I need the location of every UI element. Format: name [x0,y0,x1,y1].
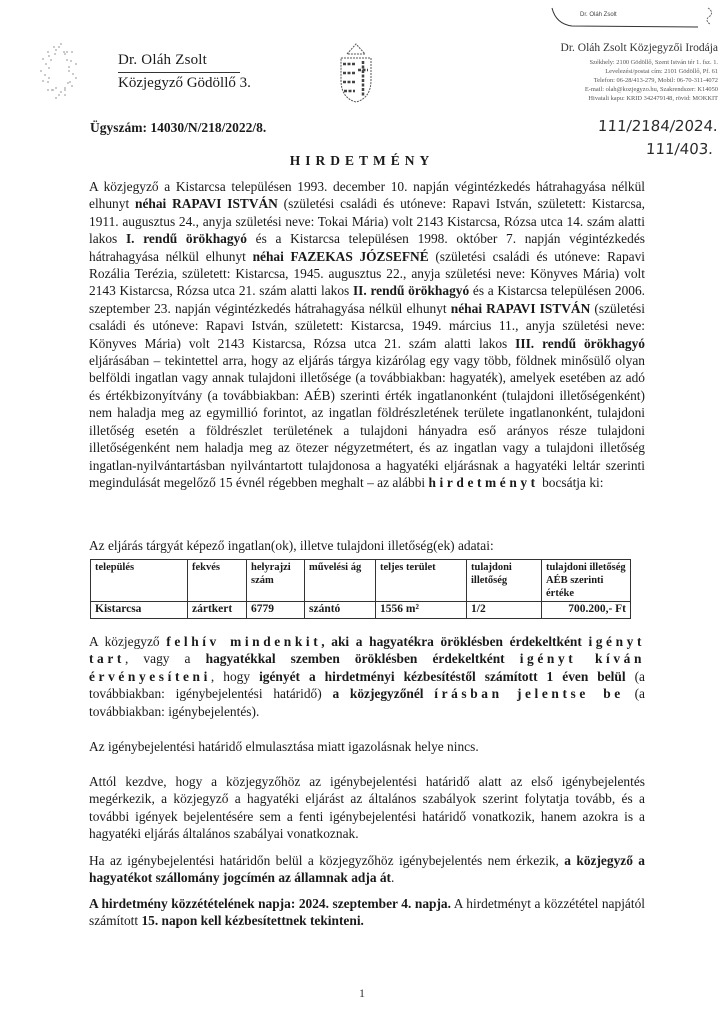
office-address: Székhely: 2100 Gödöllő, Szent István tér… [490,58,718,67]
handwritten-registration-number: 111/2184/2024. [597,117,718,135]
col-header: település [91,560,188,602]
faded-seal-mark [40,40,80,110]
publication-paragraph: A hirdetmény közzétételének napja: 2024.… [89,895,645,930]
header-divider [118,72,240,73]
state-transfer-paragraph: Ha az igénybejelentési határidőn belül a… [89,852,645,887]
office-name: Dr. Oláh Zsolt Közjegyzői Irodája [508,42,718,54]
continuation-paragraph: Attól kezdve, hogy a közjegyzőhöz az igé… [89,773,645,843]
case-number: Ügyszám: 14030/N/218/2022/8. [90,120,266,136]
col-header: teljes terület [376,560,467,602]
cell-share: 1/2 [467,602,542,619]
hungarian-coat-of-arms-icon [333,40,379,104]
table-header-row: település fekvés helyrajzi szám művelési… [91,560,631,602]
col-header: tulajdoni illetőség AÉB szerinti értéke [542,560,631,602]
cell-area: 1556 m² [376,602,467,619]
stamp-signature-mark [548,6,720,34]
cell-value: 700.200,- Ft [542,602,631,619]
office-postal: Levelezési/postai cím: 2101 Gödöllő, Pf.… [490,67,718,76]
col-header: tulajdoni illetőség [467,560,542,602]
document-title: HIRDETMÉNY [0,153,724,169]
intro-paragraph: A közjegyző a Kistarcsa településen 1993… [89,178,645,491]
office-phone: Telefon: 06-28/413-279, Mobil: 06-70-311… [490,76,718,85]
col-header: helyrajzi szám [247,560,305,602]
stamp-label: Dr. Oláh Zsolt [580,12,617,18]
cell-settlement: Kistarcsa [91,602,188,619]
page-number: 1 [0,986,724,1001]
notary-office: Közjegyző Gödöllő 3. [118,75,251,92]
table-intro: Az eljárás tárgyát képező ingatlan(ok), … [89,537,645,554]
col-header: fekvés [188,560,247,602]
cell-location: zártkert [188,602,247,619]
notary-name: Dr. Oláh Zsolt [118,52,207,69]
table-row: Kistarcsa zártkert 6779 szántó 1556 m² 1… [91,602,631,619]
cell-cultivation: szántó [305,602,376,619]
call-paragraph: A közjegyző felhív mindenkit, aki a hagy… [89,633,645,720]
cell-parcel-number: 6779 [247,602,305,619]
office-gateway: Hivatali kapu: KRID 342479148, rövid: MO… [490,94,718,103]
no-excuse-paragraph: Az igénybejelentési határidő elmulasztás… [89,738,645,755]
office-email: E-mail: olah@kozjegyzo.hu, Szakrendszer:… [490,85,718,94]
property-table: település fekvés helyrajzi szám művelési… [90,559,631,619]
col-header: művelési ág [305,560,376,602]
